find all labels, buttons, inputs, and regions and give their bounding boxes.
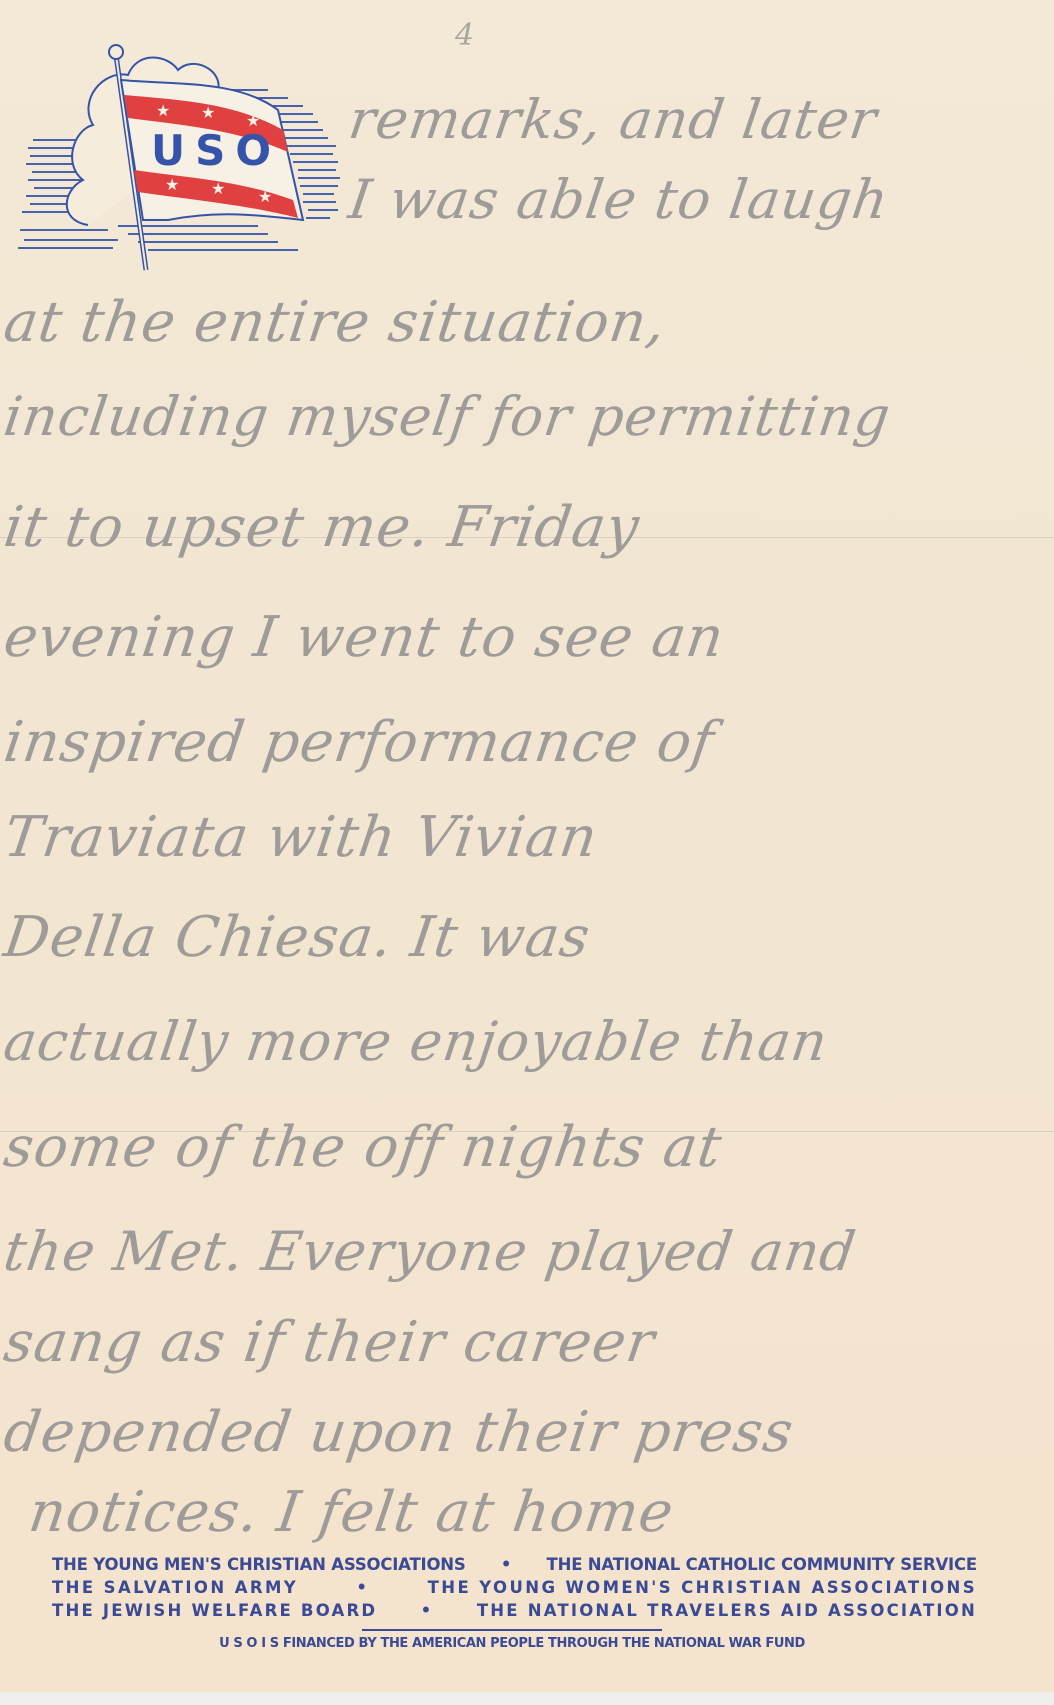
handwritten-line: the Met. Everyone played and	[0, 1220, 860, 1283]
handwritten-line: at the entire situation,	[0, 290, 670, 355]
handwritten-line: inspired performance of	[0, 710, 718, 775]
org-ntaa: THE NATIONAL TRAVELERS AID ASSOCIATION	[477, 1599, 977, 1622]
org-jwb: THE JEWISH WELFARE BOARD	[52, 1599, 377, 1622]
svg-text:USO: USO	[151, 126, 281, 175]
footer-divider	[362, 1629, 662, 1631]
handwritten-line: including myself for permitting	[0, 385, 895, 448]
fund-statement: U S O I S FINANCED BY THE AMERICAN PEOPL…	[162, 1636, 862, 1651]
handwritten-line: actually more enjoyable than	[0, 1010, 832, 1073]
handwritten-line: sang as if their career	[0, 1310, 659, 1375]
handwritten-line: depended upon their press	[0, 1400, 798, 1465]
svg-text:★: ★	[211, 179, 225, 198]
org-salvation-army: THE SALVATION ARMY	[52, 1576, 298, 1599]
svg-text:★: ★	[201, 103, 215, 122]
letterhead-footer: THE YOUNG MEN'S CHRISTIAN ASSOCIATIONS •…	[52, 1553, 977, 1622]
letter-page: 4	[0, 0, 1054, 1692]
footer-org-line: THE SALVATION ARMY • THE YOUNG WOMEN'S C…	[52, 1576, 977, 1599]
bullet-separator: •	[501, 1553, 511, 1576]
footer-org-line: THE YOUNG MEN'S CHRISTIAN ASSOCIATIONS •…	[52, 1553, 977, 1576]
org-ymca: THE YOUNG MEN'S CHRISTIAN ASSOCIATIONS	[52, 1553, 466, 1576]
handwritten-line: it to upset me. Friday	[0, 495, 644, 560]
page-number: 4	[455, 18, 474, 53]
handwritten-line: evening I went to see an	[0, 605, 728, 670]
org-ywca: THE YOUNG WOMEN'S CHRISTIAN ASSOCIATIONS	[428, 1576, 977, 1599]
svg-text:★: ★	[156, 101, 170, 120]
handwritten-line: some of the off nights at	[0, 1115, 726, 1180]
bullet-separator: •	[356, 1576, 369, 1599]
svg-text:★: ★	[258, 187, 272, 206]
handwritten-line: notices. I felt at home	[25, 1480, 678, 1545]
handwritten-line: I was able to laugh	[345, 168, 893, 231]
handwritten-line: Traviata with Vivian	[0, 805, 602, 870]
footer-org-line: THE JEWISH WELFARE BOARD • THE NATIONAL …	[52, 1599, 977, 1622]
bullet-separator: •	[421, 1599, 434, 1622]
uso-flag-icon: ★ ★ ★ ★ ★ ★ USO	[18, 30, 343, 275]
handwritten-line: Della Chiesa. It was	[0, 905, 594, 970]
svg-text:★: ★	[165, 175, 179, 194]
handwritten-line: remarks, and later	[345, 88, 881, 151]
org-nccs: THE NATIONAL CATHOLIC COMMUNITY SERVICE	[547, 1553, 977, 1576]
